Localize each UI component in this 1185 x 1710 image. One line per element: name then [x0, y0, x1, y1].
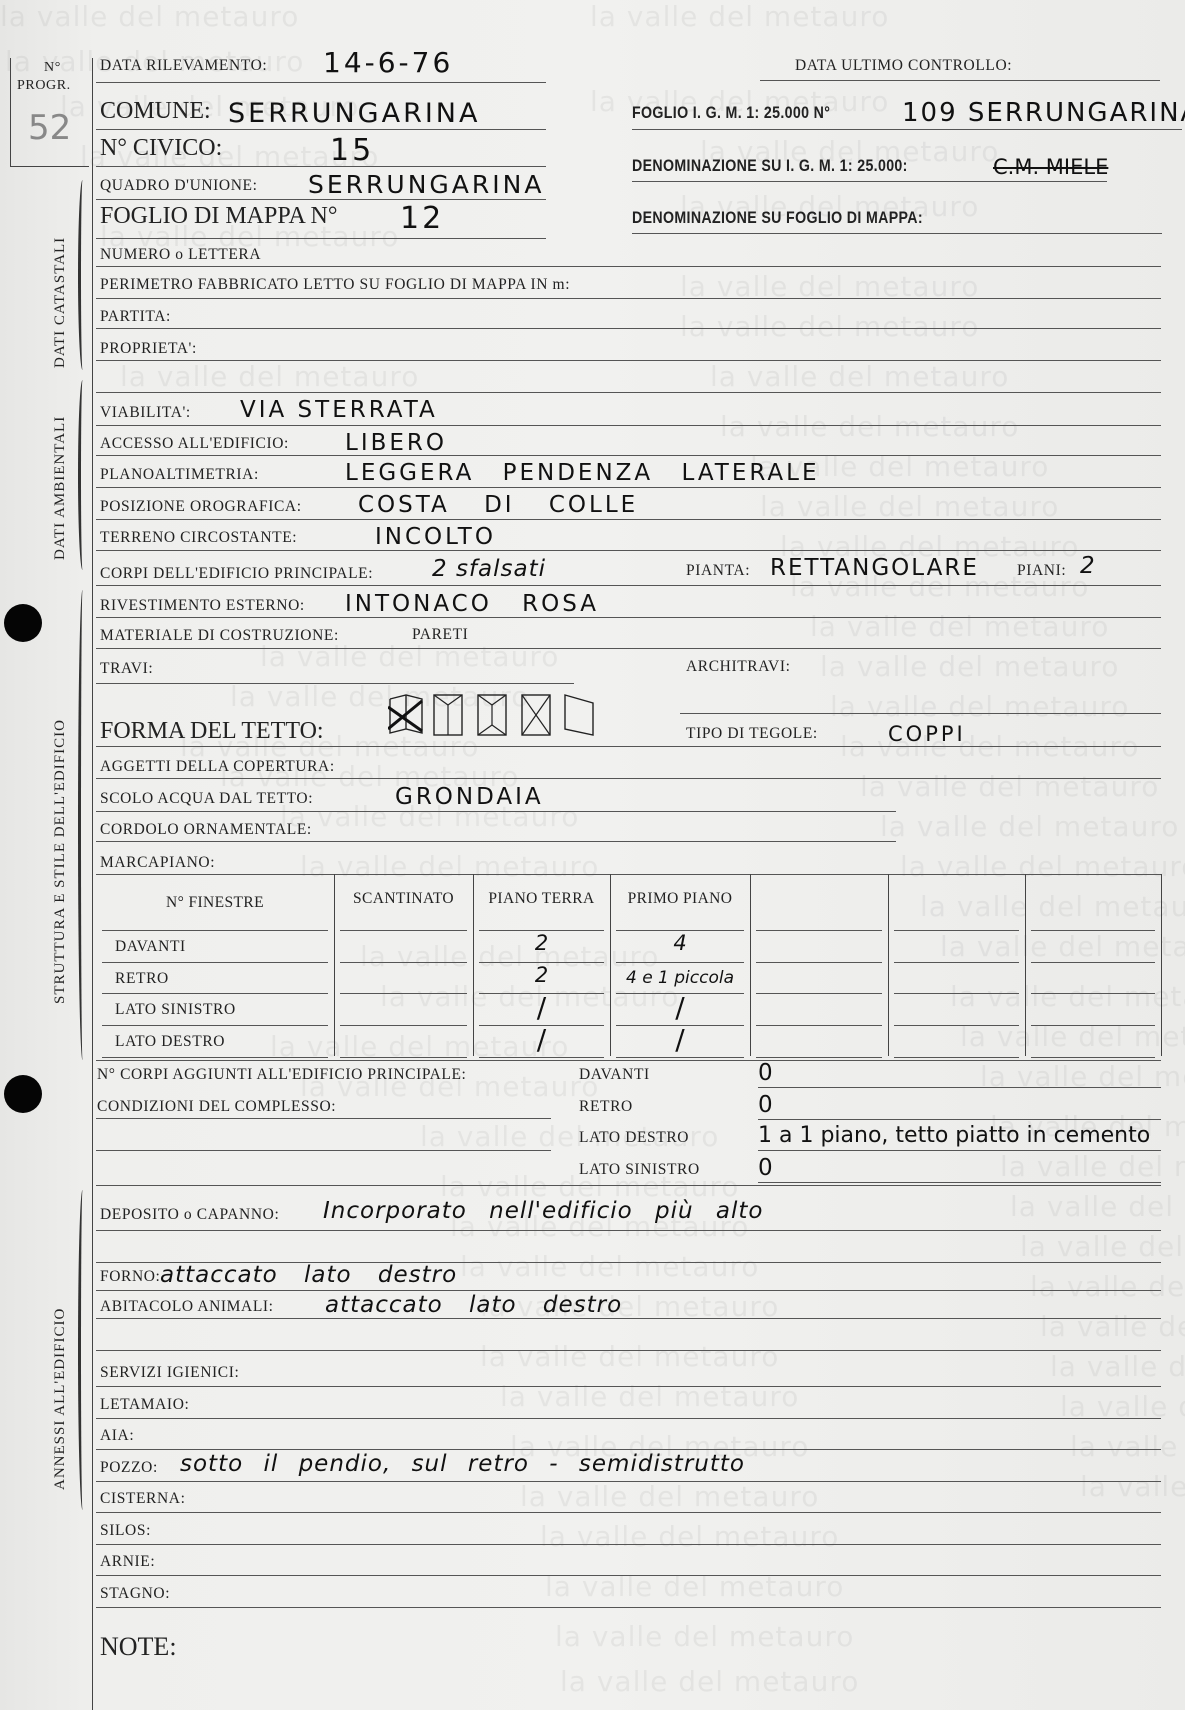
pianta-value[interactable]: RETTANGOLARE: [770, 555, 979, 581]
civico-label: N° CIVICO:: [100, 135, 222, 162]
comune-value[interactable]: SERRUNGARINA: [228, 98, 480, 129]
progr-label-line1: N°: [44, 60, 61, 76]
watermark-text: la valle del metauro: [1030, 1270, 1185, 1303]
materiale-value: PARETI: [412, 626, 468, 644]
corpi-aggiunti-label: N° CORPI AGGIUNTI ALL'EDIFICIO PRINCIPAL…: [97, 1066, 466, 1084]
table-row-divider: [894, 993, 1019, 994]
watermark-text: la valle del metauro: [680, 310, 979, 343]
table-header-cell: N° FINESTRE: [96, 894, 334, 912]
roof-option-hip-icon[interactable]: [476, 693, 508, 737]
comune-label: COMUNE:: [100, 98, 211, 125]
note-label: NOTE:: [100, 1632, 177, 1662]
rule: [96, 360, 1161, 361]
rule: [96, 648, 1161, 649]
rule: [758, 1150, 1161, 1151]
rule: [96, 617, 1161, 618]
corpi-aggiunti-item-label: DAVANTI: [579, 1066, 650, 1084]
rule: [96, 1512, 1161, 1513]
aia-field[interactable]: [220, 1427, 1120, 1447]
watermark-text: la valle del metauro: [950, 980, 1185, 1013]
posizione-label: POSIZIONE OROGRAFICA:: [100, 498, 302, 516]
table-row-divider: [1031, 1025, 1155, 1026]
brace-annessi: [78, 1190, 87, 1510]
proprieta-label: PROPRIETA':: [100, 340, 197, 358]
foglio-igm-value[interactable]: 109 SERRUNGARINA: [902, 98, 1185, 128]
stagno-label: STAGNO:: [100, 1585, 170, 1603]
watermark-text: la valle del metauro: [590, 0, 889, 33]
rule: [96, 1350, 1161, 1351]
watermark-text: la valle del metauro: [300, 850, 599, 883]
roof-option-shed-icon[interactable]: [563, 693, 595, 737]
rule: [96, 1386, 1161, 1387]
table-row-divider: [340, 1025, 467, 1026]
accesso-label: ACCESSO ALL'EDIFICIO:: [100, 435, 289, 453]
denominazione-igm-label: DENOMINAZIONE SU I. G. M. 1: 25.000:: [632, 157, 908, 176]
servizi-label: SERVIZI IGIENICI:: [100, 1364, 239, 1382]
terreno-label: TERRENO CIRCOSTANTE:: [100, 529, 297, 547]
table-column-divider: [1161, 874, 1162, 1056]
watermark-text: la valle del metauro: [1020, 1230, 1185, 1263]
rule: [632, 129, 1182, 130]
table-row-divider: [340, 1057, 467, 1058]
rule: [680, 713, 1161, 714]
cisterna-field[interactable]: [220, 1490, 1120, 1510]
rule: [96, 811, 896, 812]
quadro-value[interactable]: SERRUNGARINA: [308, 170, 544, 199]
numero-label: NUMERO o LETTERA: [100, 246, 261, 264]
corpi-aggiunti-item-value[interactable]: 0: [758, 1060, 774, 1086]
rule: [96, 1150, 551, 1151]
silos-label: SILOS:: [100, 1522, 151, 1540]
table-column-divider: [750, 874, 751, 1056]
table-cell-value[interactable]: /: [610, 1023, 750, 1056]
rule: [96, 166, 546, 167]
table-header-cell: PIANO TERRA: [473, 890, 610, 908]
rule: [96, 328, 1161, 329]
watermark-text: la valle del metauro: [920, 890, 1185, 923]
planoaltimetria-value[interactable]: LEGGERA PENDENZA LATERALE: [345, 460, 819, 486]
rivestimento-value[interactable]: INTONACO ROSA: [345, 591, 599, 617]
rule: [96, 874, 1161, 875]
rule: [96, 1481, 1161, 1482]
punch-hole-top: [4, 604, 42, 642]
cordolo-label: CORDOLO ORNAMENTALE:: [100, 821, 312, 839]
table-cell-value[interactable]: 2: [473, 963, 610, 987]
table-row-divider: [756, 962, 882, 963]
progr-label-line2: PROGR.: [17, 78, 71, 94]
servizi-field[interactable]: [220, 1364, 1120, 1384]
rule: [96, 778, 1161, 779]
watermark-text: la valle del metauro: [980, 1060, 1185, 1093]
rule: [96, 841, 896, 842]
watermark-text: la valle del metauro: [900, 850, 1185, 883]
rule: [96, 1544, 1161, 1545]
corpi-aggiunti-item-label: RETRO: [579, 1098, 633, 1116]
table-row-divider: [1031, 993, 1155, 994]
watermark-text: la valle del metauro: [460, 1250, 759, 1283]
aia-label: AIA:: [100, 1427, 134, 1445]
rule: [96, 298, 1161, 299]
rule: [96, 266, 1161, 267]
foglio-igm-label: FOGLIO I. G. M. 1: 25.000 N°: [632, 104, 830, 123]
table-row-divider: [102, 1057, 328, 1058]
arnie-label: ARNIE:: [100, 1553, 155, 1571]
denominazione-igm-value[interactable]: C.M. MIELE: [993, 155, 1108, 179]
watermark-text: la valle del metauro: [1000, 1150, 1185, 1183]
watermark-text: la valle del metauro: [560, 1665, 859, 1698]
table-column-divider: [888, 874, 889, 1056]
pozzo-label: POZZO:: [100, 1459, 158, 1477]
forno-value[interactable]: attaccato lato destro: [160, 1262, 457, 1288]
table-cell-value[interactable]: 2: [473, 931, 610, 955]
brace-ambientali: [78, 380, 87, 570]
watermark-text: la valle del metauro: [810, 610, 1109, 643]
denominazione-mappa-label: DENOMINAZIONE SU FOGLIO DI MAPPA:: [632, 209, 923, 228]
letamaio-label: LETAMAIO:: [100, 1396, 189, 1414]
marcapiano-label: MARCAPIANO:: [100, 854, 215, 872]
watermark-text: la valle del metauro: [710, 360, 1009, 393]
scolo-value[interactable]: GRONDAIA: [395, 784, 544, 810]
rule: [96, 82, 546, 83]
table-cell-value[interactable]: 4 e 1 piccola: [610, 968, 750, 988]
partita-label: PARTITA:: [100, 308, 171, 326]
viabilita-value[interactable]: VIA STERRATA: [240, 397, 438, 423]
rule: [96, 1575, 1161, 1576]
table-row-divider: [616, 1057, 744, 1058]
rule: [758, 1182, 1161, 1183]
tegole-value[interactable]: COPPI: [888, 722, 966, 746]
rule: [96, 1118, 551, 1119]
table-row-divider: [894, 962, 1019, 963]
rule: [96, 425, 1161, 426]
rule: [96, 129, 546, 130]
table-row-divider: [102, 993, 328, 994]
deposito-label: DEPOSITO o CAPANNO:: [100, 1206, 279, 1224]
watermark-text: la valle del metauro: [0, 0, 299, 33]
corpi-aggiunti-item-value[interactable]: 1 a 1 piano, tetto piatto in cemento: [758, 1123, 1150, 1148]
civico-value[interactable]: 15: [330, 133, 374, 168]
side-label-annessi: ANNESSI ALL'EDIFICIO: [52, 1308, 69, 1490]
rule: [96, 1318, 1161, 1319]
table-row-divider: [1031, 962, 1155, 963]
foglio-label: FOGLIO DI MAPPA N°: [100, 203, 337, 230]
posizione-value[interactable]: COSTA DI COLLE: [358, 492, 638, 518]
accesso-value[interactable]: LIBERO: [345, 430, 447, 456]
rule: [96, 199, 546, 200]
condizioni-label: CONDIZIONI DEL COMPLESSO:: [97, 1098, 336, 1116]
travi-label: TRAVI:: [100, 660, 153, 678]
architravi-label: ARCHITRAVI:: [686, 658, 791, 676]
brace-struttura: [78, 590, 87, 1060]
rule: [96, 1607, 1161, 1608]
piani-value[interactable]: 2: [1080, 553, 1098, 579]
table-row-divider: [756, 993, 882, 994]
tegole-label: TIPO DI TEGOLE:: [686, 725, 818, 743]
side-label-catastali: DATI CATASTALI: [52, 237, 69, 368]
watermark-text: la valle del metauro: [880, 810, 1179, 843]
forno-label: FORNO:: [100, 1268, 160, 1286]
pianta-label: PIANTA:: [686, 562, 750, 580]
cisterna-label: CISTERNA:: [100, 1490, 186, 1508]
table-row-divider: [102, 930, 328, 931]
rule: [96, 487, 1161, 488]
rule: [96, 550, 1161, 551]
table-cell-value[interactable]: /: [473, 991, 610, 1024]
table-header-cell: SCANTINATO: [334, 890, 473, 908]
table-row-divider: [102, 962, 328, 963]
data-rilevamento-value[interactable]: 14-6-76: [323, 46, 453, 79]
rule: [96, 392, 1161, 393]
rule: [96, 238, 546, 239]
watermark-text: la valle del metauro: [830, 690, 1129, 723]
letamaio-field[interactable]: [220, 1396, 1120, 1416]
table-header-cell: PRIMO PIANO: [610, 890, 750, 908]
watermark-text: la valle del metauro: [1010, 1190, 1185, 1223]
deposito-value[interactable]: Incorporato nell'edificio più alto: [323, 1198, 764, 1224]
rule: [758, 1119, 1161, 1120]
quadro-label: QUADRO D'UNIONE:: [100, 177, 257, 195]
perimetro-label: PERIMETRO FABBRICATO LETTO SU FOGLIO DI …: [100, 276, 570, 294]
rule: [96, 1230, 1161, 1231]
terreno-value[interactable]: INCOLTO: [375, 524, 496, 550]
rule: [96, 1418, 1161, 1419]
rule: [96, 1185, 1161, 1186]
corpi-aggiunti-item-label: LATO DESTRO: [579, 1129, 689, 1147]
table-row-divider: [340, 930, 467, 931]
table-cell-value[interactable]: 4: [610, 931, 750, 955]
table-row-divider: [340, 993, 467, 994]
rule: [96, 683, 574, 684]
arnie-field[interactable]: [220, 1553, 1120, 1573]
aggetti-label: AGGETTI DELLA COPERTURA:: [100, 758, 335, 776]
table-cell-value[interactable]: /: [473, 1023, 610, 1056]
table-row-divider: [340, 962, 467, 963]
data-rilevamento-label: DATA RILEVAMENTO:: [100, 57, 267, 75]
table-row-divider: [1031, 1057, 1155, 1058]
margin-line: [92, 58, 93, 1710]
table-cell-value[interactable]: /: [610, 991, 750, 1024]
rule: [96, 746, 1161, 747]
table-row-divider: [102, 1025, 328, 1026]
data-ultimo-controllo-label: DATA ULTIMO CONTROLLO:: [795, 57, 1012, 75]
table-row-divider: [894, 930, 1019, 931]
viabilita-label: VIABILITA':: [100, 404, 191, 422]
scolo-label: SCOLO ACQUA DAL TETTO:: [100, 790, 313, 808]
materiale-label: MATERIALE DI COSTRUZIONE:: [100, 627, 339, 645]
table-column-divider: [1025, 874, 1026, 1056]
table-row-divider: [894, 1057, 1019, 1058]
forma-tetto-label: FORMA DEL TETTO:: [100, 718, 324, 745]
rule: [96, 585, 1161, 586]
rule: [632, 181, 1107, 182]
planoaltimetria-label: PLANOALTIMETRIA:: [100, 466, 259, 484]
watermark-text: la valle del metauro: [1040, 1310, 1185, 1343]
table-row-divider: [894, 1025, 1019, 1026]
corpi-label: CORPI DELL'EDIFICIO PRINCIPALE:: [100, 565, 373, 583]
side-label-ambientali: DATI AMBIENTALI: [52, 416, 69, 560]
rule: [760, 80, 1160, 81]
rule: [96, 455, 1161, 456]
brace-catastali: [78, 180, 87, 370]
watermark-text: la valle del metauro: [940, 930, 1185, 963]
watermark-text: la valle del metauro: [720, 410, 1019, 443]
table-row-label: DAVANTI: [115, 938, 186, 956]
foglio-value[interactable]: 12: [400, 201, 444, 236]
corpi-aggiunti-item-label: LATO SINISTRO: [579, 1161, 700, 1179]
watermark-text: la valle del metauro: [860, 770, 1159, 803]
watermark-text: la valle del metauro: [555, 1620, 854, 1653]
silos-field[interactable]: [220, 1522, 1120, 1542]
abitacolo-label: ABITACOLO ANIMALI:: [100, 1298, 274, 1316]
rule: [758, 1087, 1161, 1088]
piani-label: PIANI:: [1017, 562, 1066, 580]
watermark-text: la valle del metauro: [120, 360, 419, 393]
roof-option-pyramid-icon[interactable]: [520, 693, 552, 737]
corpi-aggiunti-item-value[interactable]: 0: [758, 1155, 774, 1181]
table-row-divider: [616, 962, 744, 963]
table-row-label: LATO DESTRO: [115, 1033, 225, 1051]
table-row-divider: [1031, 930, 1155, 931]
table-row-divider: [756, 930, 882, 931]
abitacolo-value[interactable]: attaccato lato destro: [325, 1292, 622, 1318]
progr-value: 52: [28, 108, 71, 148]
table-row-label: LATO SINISTRO: [115, 1001, 236, 1019]
punch-hole-bottom: [4, 1075, 42, 1113]
pozzo-value[interactable]: sotto il pendio, sul retro - semidistrut…: [180, 1451, 745, 1477]
rivestimento-label: RIVESTIMENTO ESTERNO:: [100, 597, 305, 615]
table-row-divider: [756, 1025, 882, 1026]
corpi-value[interactable]: 2 sfalsati: [432, 556, 546, 582]
rule: [632, 233, 1162, 234]
rule: [96, 1060, 1161, 1061]
table-row-divider: [479, 1057, 604, 1058]
roof-option-gable-fold-icon[interactable]: [388, 693, 424, 737]
side-label-struttura: STRUTTURA E STILE DELL'EDIFICIO: [52, 719, 69, 1004]
table-row-label: RETRO: [115, 970, 169, 988]
stagno-field[interactable]: [220, 1585, 1120, 1605]
roof-option-gable-icon[interactable]: [432, 693, 464, 737]
table-row-divider: [756, 1057, 882, 1058]
rule: [96, 519, 1161, 520]
watermark-text: la valle del metauro: [820, 650, 1119, 683]
survey-form-page: la valle del metaurola valle del metauro…: [0, 0, 1185, 1710]
corpi-aggiunti-item-value[interactable]: 0: [758, 1092, 774, 1118]
rule: [96, 1290, 1161, 1291]
